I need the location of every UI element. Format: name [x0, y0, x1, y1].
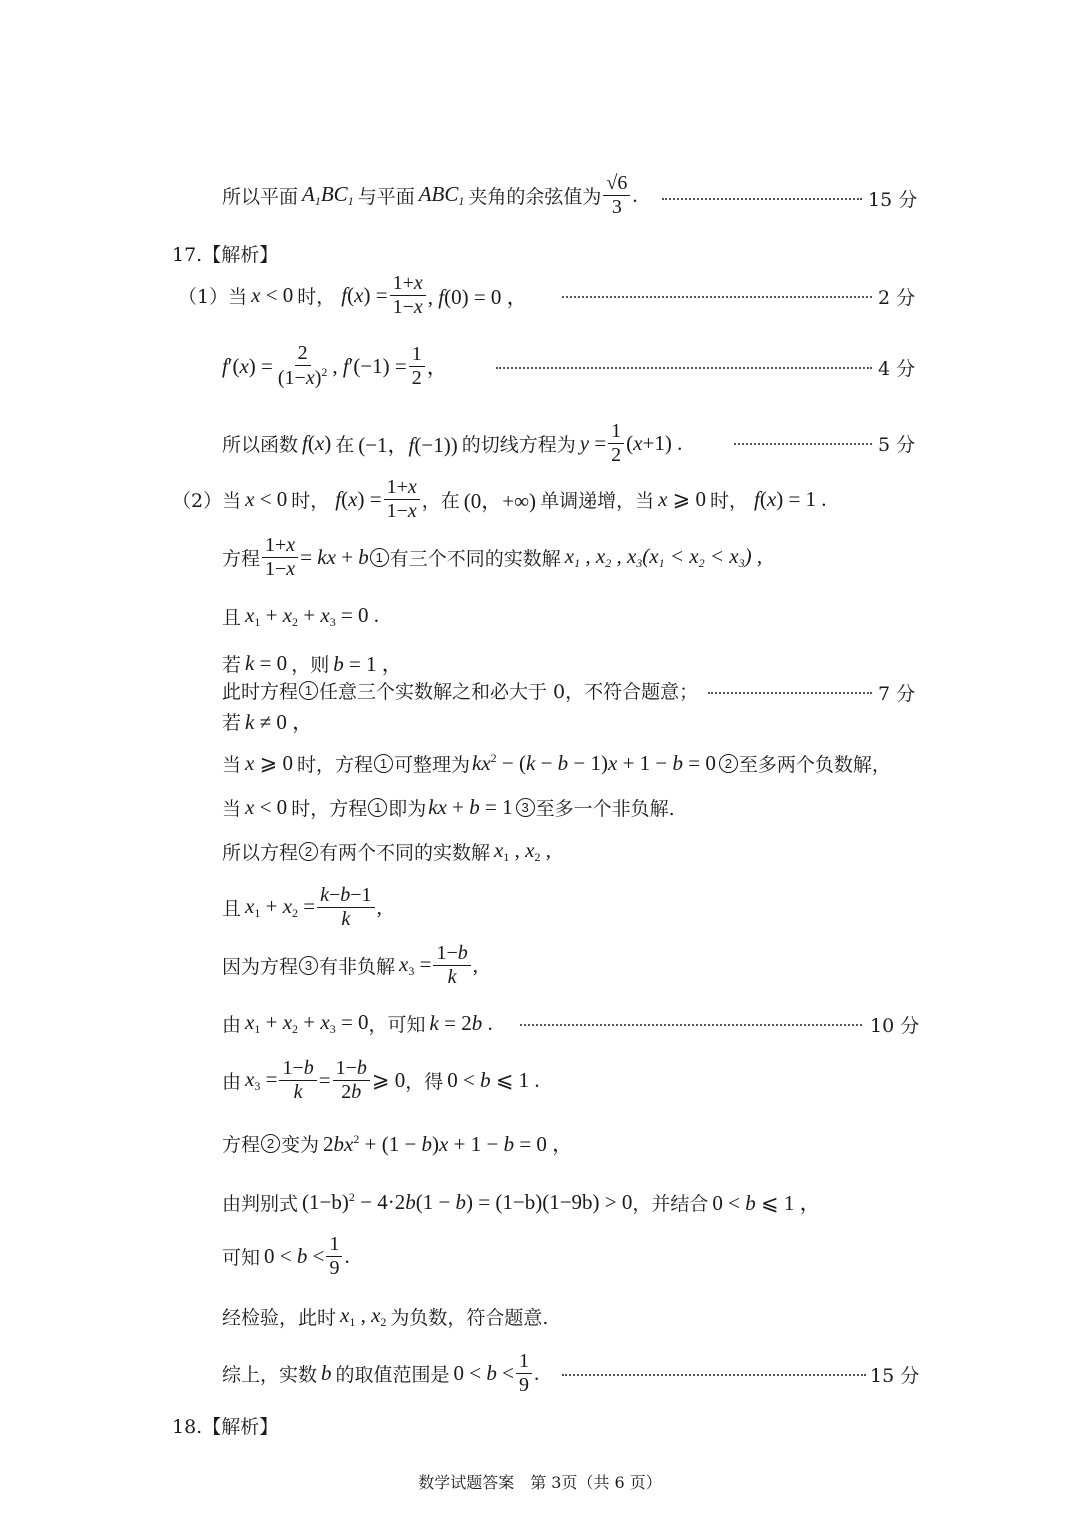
- text: 的取值范围是: [336, 1360, 450, 1387]
- text: 时，: [291, 794, 329, 821]
- text: 所以平面: [222, 182, 298, 209]
- dot-leader: [562, 1374, 866, 1376]
- fraction: 1−bk: [433, 942, 470, 989]
- text: ，可知: [369, 1010, 426, 1037]
- fraction: 1+x1−x: [262, 534, 298, 581]
- part2-line6: 若 k ≠ 0 ，: [222, 706, 313, 736]
- fraction: 19: [326, 1233, 342, 1280]
- fraction: 12: [409, 343, 425, 390]
- dot-leader: [520, 1024, 862, 1026]
- text: 方程: [222, 1130, 260, 1157]
- part1-line1: （1） 当 x < 0 时， f(x) = 1+x1−x , f(0) = 0 …: [178, 272, 528, 319]
- text: 经检验，此时: [222, 1303, 336, 1330]
- text: 时，: [291, 486, 329, 513]
- fraction: 12: [608, 420, 624, 467]
- part1-line2: f′(x) = 2(1−x)2 , f′(−1) = 12 ，: [222, 342, 448, 390]
- part2-line11: 因为方程 3 有非负解 x3 = 1−bk ,: [222, 942, 478, 989]
- part2-line14: 方程 2 变为 2bx2 + (1 − b)x + 1 − b = 0 ，: [222, 1128, 573, 1158]
- text: 时，: [297, 282, 335, 309]
- text: 由: [222, 1010, 241, 1037]
- part2-line2: 方程 1+x1−x = kx + b 1 有三个不同的实数解 x1 , x2 ,…: [222, 534, 762, 581]
- q17-heading: 17.【解析】: [172, 240, 278, 267]
- fraction: 1−bk: [279, 1057, 316, 1104]
- text: 由判别式: [222, 1189, 298, 1216]
- circled-3: 3: [299, 956, 318, 975]
- fraction: 2(1−x)2: [275, 342, 331, 390]
- text: ，得: [405, 1067, 443, 1094]
- part2-line7: 当 x ⩾ 0 时， 方程 1 可整理为 kx2 − (k − b − 1)x …: [222, 750, 891, 777]
- text: 夹角的余弦值为: [468, 182, 601, 209]
- text: 即为: [388, 794, 426, 821]
- part1-line3: 所以函数 f(x) 在 (−1，f(−1)) 的切线方程为 y = 12 (x+…: [222, 420, 682, 467]
- dot-leader: [496, 367, 872, 369]
- fraction: 19: [516, 1350, 532, 1397]
- text: 方程: [329, 794, 367, 821]
- text: 且: [222, 894, 241, 921]
- text: 当: [228, 282, 247, 309]
- circled-1: 1: [299, 681, 318, 700]
- part2-line18: 综上，实数 b 的取值范围是 0 < b < 19 .: [222, 1350, 539, 1397]
- text: 在: [335, 430, 354, 457]
- text: 有两个不同的实数解: [319, 838, 490, 865]
- text: 可整理为: [394, 750, 470, 777]
- text: 所以方程: [222, 838, 298, 865]
- score: 4 分: [878, 354, 915, 381]
- text: 此时方程: [222, 677, 298, 704]
- circled-3: 3: [516, 798, 535, 817]
- part-label: （2）: [172, 486, 222, 513]
- score: 15 分: [868, 185, 917, 212]
- part2-line9: 所以方程 2 有两个不同的实数解 x1 , x2 ,: [222, 838, 551, 865]
- score: 10 分: [870, 1011, 919, 1038]
- part2-line1: （2） 当 x < 0 时， f(x) = 1+x1−x ，在 (0，+∞) 单…: [172, 476, 827, 523]
- text: 与平面: [358, 182, 415, 209]
- fraction: 1−b2b: [333, 1057, 370, 1104]
- conclusion-line: 所以平面 A1BC1 与平面 ABC1 夹角的余弦值为 √63 .: [222, 172, 638, 219]
- fraction: 1+x1−x: [384, 476, 420, 523]
- plane-abc1: ABC1: [419, 182, 465, 209]
- circled-2: 2: [299, 842, 318, 861]
- text: 至多两个负数解，: [739, 750, 891, 777]
- text: 方程: [335, 750, 373, 777]
- part-label: （1）: [178, 282, 228, 309]
- text: 为负数，符合题意.: [390, 1303, 548, 1330]
- score: 5 分: [878, 430, 915, 457]
- text: 至多一个非负解.: [536, 794, 675, 821]
- text: 可知: [222, 1243, 260, 1270]
- dot-leader: [562, 296, 872, 298]
- score: 15 分: [870, 1361, 919, 1388]
- text: 方程: [222, 544, 260, 571]
- text: 所以函数: [222, 430, 298, 457]
- text: 当: [222, 750, 241, 777]
- q18-heading: 18.【解析】: [172, 1412, 278, 1439]
- part2-line5: 此时方程 1 任意三个实数解之和必大于 0，不符合题意；: [222, 677, 698, 704]
- score: 7 分: [878, 679, 915, 706]
- part2-line4: 若 k = 0 ，则 b = 1 ，: [222, 648, 403, 678]
- text: ，并结合: [632, 1189, 708, 1216]
- part2-line15: 由判别式 (1−b)2 − 4·2b(1 − b) = (1−b)(1−9b) …: [222, 1187, 821, 1217]
- text: 的切线方程为: [462, 430, 576, 457]
- text: 且: [222, 603, 241, 630]
- text: 若: [222, 708, 241, 735]
- circled-1: 1: [370, 548, 389, 567]
- text: 综上，实数: [222, 1360, 317, 1387]
- circled-2: 2: [261, 1134, 280, 1153]
- text: 变为: [281, 1130, 319, 1157]
- circled-2: 2: [719, 754, 738, 773]
- text: 有非负解: [319, 952, 395, 979]
- page-footer: 数学试题答案 第 3页（共 6 页）: [0, 1470, 1080, 1493]
- dot-leader: [662, 198, 862, 200]
- part2-line13: 由 x3 = 1−bk = 1−b2b ⩾ 0 ，得 0 < b ⩽ 1 .: [222, 1057, 540, 1104]
- part2-line16: 可知 0 < b < 19 .: [222, 1233, 350, 1280]
- text: 由: [222, 1067, 241, 1094]
- part2-line8: 当 x < 0 时， 方程 1 即为 kx + b = 1 3 至多一个非负解.: [222, 794, 675, 821]
- part2-line10: 且 x1 + x2 = k−b−1k ,: [222, 884, 382, 931]
- plane-a1bc1: A1BC1: [302, 182, 354, 209]
- fraction: k−b−1k: [317, 884, 374, 931]
- text: 当: [222, 794, 241, 821]
- score: 2 分: [878, 283, 915, 310]
- fraction: 1+x1−x: [390, 272, 426, 319]
- text: ，在: [422, 486, 460, 513]
- circled-1: 1: [374, 754, 393, 773]
- text: 当: [222, 486, 241, 513]
- text: 时，: [710, 486, 748, 513]
- text: 有三个不同的实数解: [390, 544, 561, 571]
- fraction: √63: [603, 172, 630, 219]
- part2-line12: 由 x1 + x2 + x3 = 0 ，可知 k = 2b .: [222, 1010, 493, 1037]
- text: 因为方程: [222, 952, 298, 979]
- circled-1: 1: [368, 798, 387, 817]
- part2-line17: 经检验，此时 x1 , x2 为负数，符合题意.: [222, 1303, 548, 1330]
- text: 单调递增，当: [540, 486, 654, 513]
- text: ，则: [291, 650, 329, 677]
- text: 时，: [297, 750, 335, 777]
- text: 若: [222, 650, 241, 677]
- dot-leader: [734, 443, 872, 445]
- dot-leader: [708, 692, 872, 694]
- text: 任意三个实数解之和必大于 0，不符合题意；: [319, 677, 698, 704]
- part2-line3: 且 x1 + x2 + x3 = 0 .: [222, 603, 379, 630]
